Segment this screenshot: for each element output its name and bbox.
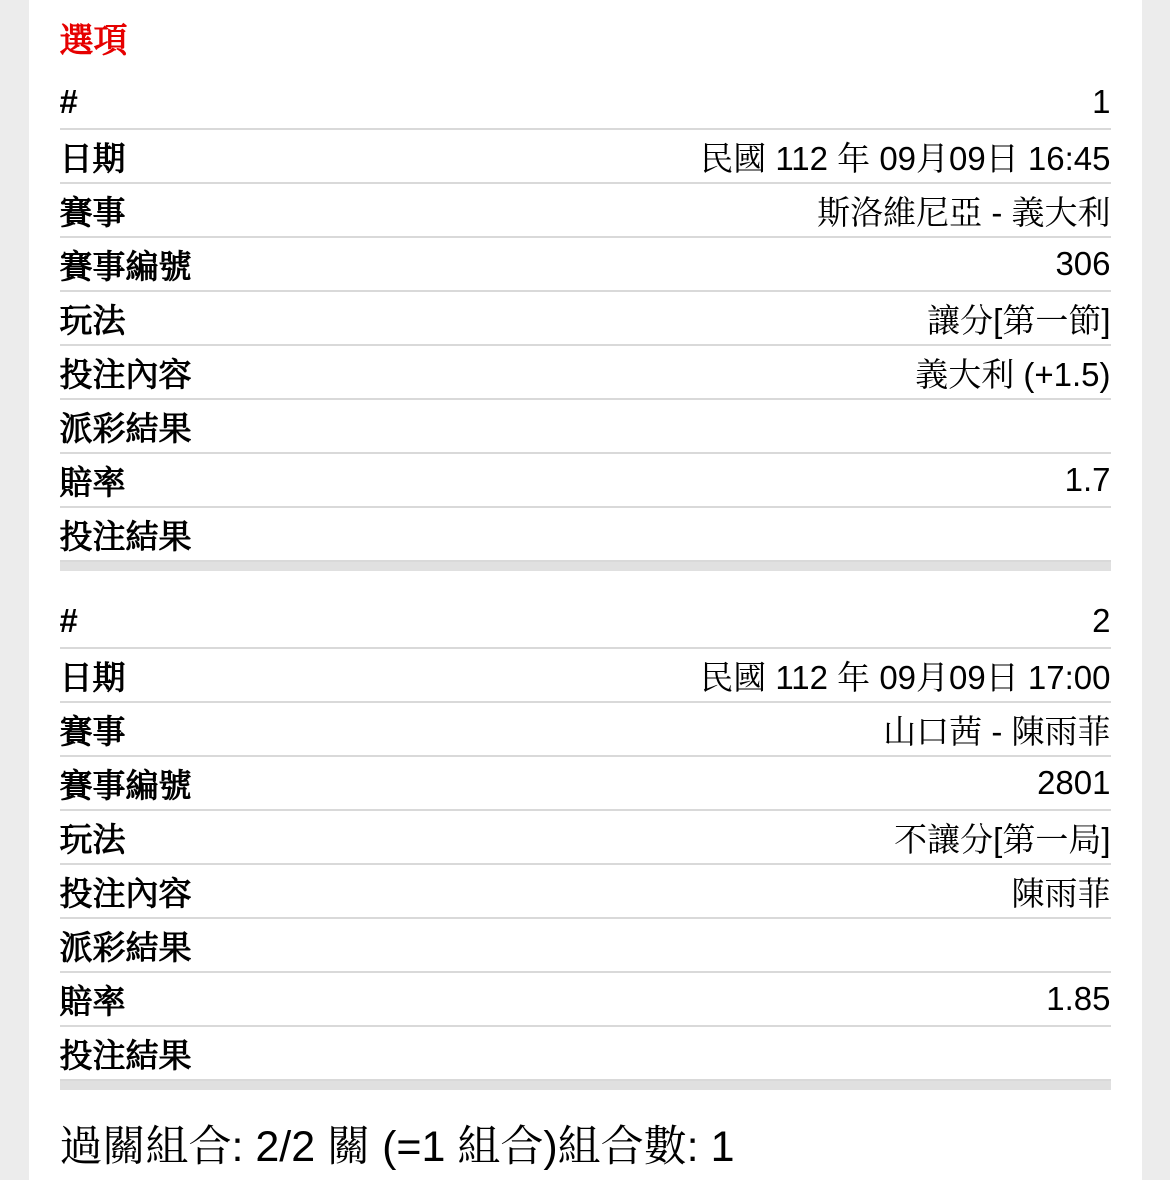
viewport: 選項 #1日期民國 112 年 09月09日 16:45賽事斯洛維尼亞 - 義大… [0,0,1170,1180]
row-label: 賽事編號 [60,241,192,288]
row-label: 賠率 [60,457,126,504]
row-value: 民國 112 年 09月09日 17:00 [700,652,1110,699]
row-label: 投注內容 [60,868,192,915]
bet-list: #1日期民國 112 年 09月09日 16:45賽事斯洛維尼亞 - 義大利賽事… [60,76,1111,1090]
row-label: 賽事編號 [60,760,192,807]
bet-detail-row: 賠率1.7 [60,454,1111,508]
row-label: 日期 [60,133,126,180]
parlay-summary: 過關組合: 2/2 關 (=1 組合)組合數: 1 [60,1090,1111,1172]
row-value: 讓分[第一節] [927,295,1110,342]
row-value: 斯洛維尼亞 - 義大利 [817,187,1110,234]
page-title: 選項 [60,0,1111,76]
bet-detail-row: 賽事編號306 [60,238,1111,292]
bet-detail-row: 賽事斯洛維尼亞 - 義大利 [60,184,1111,238]
row-value: 1.85 [1046,980,1110,1018]
row-label: 日期 [60,652,126,699]
row-label: 派彩結果 [60,922,192,969]
row-label: 賽事 [60,706,126,753]
bet-detail-row: 投注內容義大利 (+1.5) [60,346,1111,400]
row-label: # [60,83,78,121]
bet-detail-row: 玩法讓分[第一節] [60,292,1111,346]
bet-detail-row: #1 [60,76,1111,130]
bet-detail-row: #2 [60,595,1111,649]
bet-detail-row: 投注內容陳雨菲 [60,865,1111,919]
row-label: 投注結果 [60,511,192,558]
row-value: 2 [1092,602,1110,640]
bet-block: #2日期民國 112 年 09月09日 17:00賽事山口茜 - 陳雨菲賽事編號… [60,595,1111,1090]
row-value: 山口茜 - 陳雨菲 [883,706,1110,753]
bet-detail-row: 日期民國 112 年 09月09日 17:00 [60,649,1111,703]
row-label: 投注內容 [60,349,192,396]
row-value: 1 [1092,83,1110,121]
block-end-bar [60,562,1111,571]
bet-detail-row: 賠率1.85 [60,973,1111,1027]
row-label: # [60,602,78,640]
row-label: 玩法 [60,814,126,861]
row-value: 義大利 (+1.5) [915,349,1110,396]
row-value: 陳雨菲 [1012,868,1111,915]
bet-block: #1日期民國 112 年 09月09日 16:45賽事斯洛維尼亞 - 義大利賽事… [60,76,1111,571]
bet-detail-row: 玩法不讓分[第一局] [60,811,1111,865]
row-value: 民國 112 年 09月09日 16:45 [700,133,1110,180]
bet-detail-row: 派彩結果 [60,400,1111,454]
bet-detail-row: 賽事山口茜 - 陳雨菲 [60,703,1111,757]
row-label: 賽事 [60,187,126,234]
row-value: 1.7 [1065,461,1111,499]
row-value: 306 [1055,245,1110,283]
row-label: 派彩結果 [60,403,192,450]
row-label: 玩法 [60,295,126,342]
bet-slip-card: 選項 #1日期民國 112 年 09月09日 16:45賽事斯洛維尼亞 - 義大… [29,0,1142,1180]
row-value: 2801 [1037,764,1110,802]
bet-detail-row: 賽事編號2801 [60,757,1111,811]
bet-detail-row: 派彩結果 [60,919,1111,973]
row-label: 投注結果 [60,1030,192,1077]
bet-detail-row: 投注結果 [60,1027,1111,1081]
bet-detail-row: 投注結果 [60,508,1111,562]
bet-detail-row: 日期民國 112 年 09月09日 16:45 [60,130,1111,184]
row-value: 不讓分[第一局] [894,814,1110,861]
block-end-bar [60,1081,1111,1090]
row-label: 賠率 [60,976,126,1023]
